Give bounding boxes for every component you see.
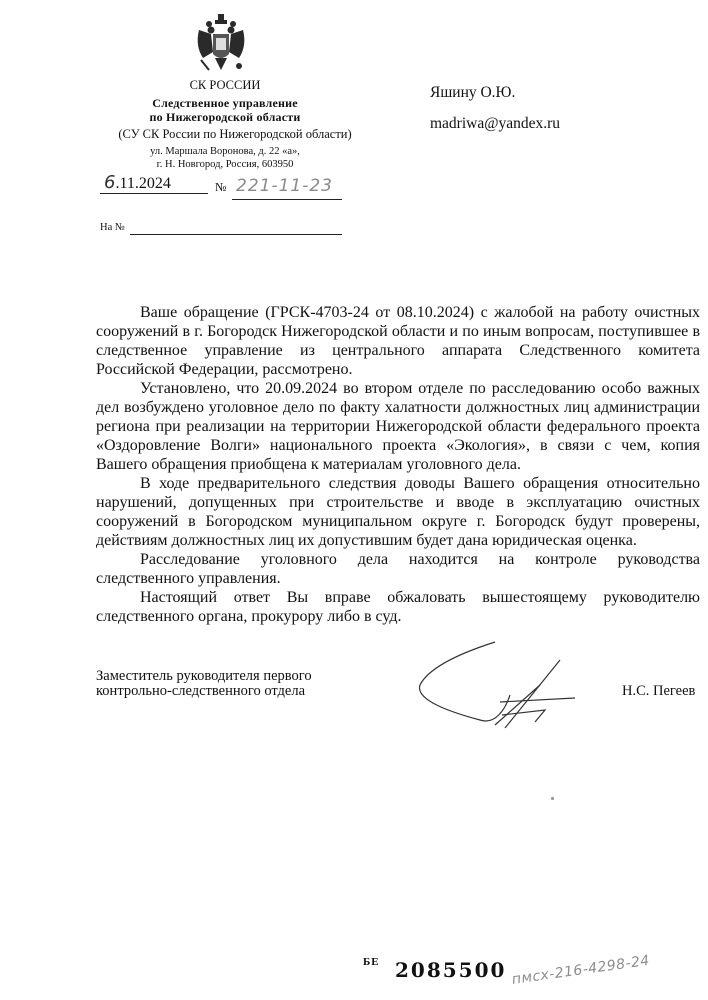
coat-of-arms-icon: [193, 12, 249, 78]
handwritten-registration-number: пмсх-216-4298-24: [511, 953, 651, 988]
paragraph: В ходе предварительного следствия доводы…: [96, 474, 700, 550]
letter-body: Ваше обращение (ГРСК-4703-24 от 08.10.20…: [96, 303, 700, 626]
paragraph: Настоящий ответ Вы вправе обжаловать выш…: [96, 588, 700, 626]
signatory-name: Н.С. Пегеев: [622, 683, 695, 700]
reply-to-underline: [130, 234, 342, 235]
paragraph: Ваше обращение (ГРСК-4703-24 от 08.10.20…: [96, 303, 700, 379]
date-rest: .11.2024: [115, 175, 170, 192]
signatory-title-line-1: Заместитель руководителя первого: [96, 669, 312, 684]
recipient-name: Яшину О.Ю.: [430, 84, 515, 102]
address-line-2: г. Н. Новгород, Россия, 603950: [100, 158, 350, 171]
department-name: Следственное управление по Нижегородской…: [100, 96, 350, 124]
department-line-1: Следственное управление: [100, 96, 350, 110]
department-line-2: по Нижегородской области: [100, 110, 350, 124]
signatory-title: Заместитель руководителя первого контрол…: [96, 669, 312, 699]
department-address: ул. Маршала Воронова, д. 22 «а», г. Н. Н…: [100, 145, 350, 171]
form-serial-number: 2085500: [395, 958, 506, 982]
paragraph: Установлено, что 20.09.2024 во втором от…: [96, 379, 700, 474]
reply-to-label: На №: [100, 222, 125, 233]
address-line-1: ул. Маршала Воронова, д. 22 «а»,: [100, 145, 350, 158]
scan-speck: [551, 797, 554, 800]
number-underline: [232, 199, 342, 200]
document-number-handwritten: 221-11-23: [236, 176, 333, 196]
number-label: №: [215, 180, 226, 195]
signatory-title-line-2: контрольно-следственного отдела: [96, 684, 312, 699]
handwritten-signature-icon: [410, 640, 600, 730]
department-short-name: (СУ СК России по Нижегородской области): [110, 127, 360, 141]
organization-name: СК РОССИИ: [100, 78, 350, 92]
paragraph: Расследование уголовного дела находится …: [96, 550, 700, 588]
recipient-email: madriwa@yandex.ru: [430, 115, 560, 133]
document-date: 6.11.2024: [104, 172, 171, 193]
form-serial-prefix: БЕ: [363, 956, 380, 968]
date-underline: [100, 193, 208, 194]
date-day-handwritten: 6: [104, 172, 115, 193]
